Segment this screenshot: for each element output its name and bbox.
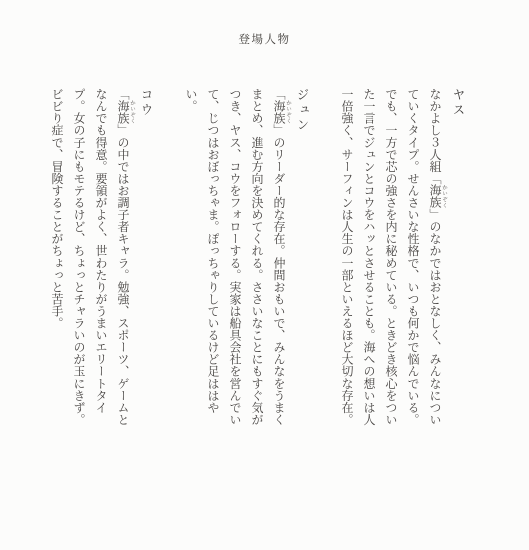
character-description-yasu: なかよし３人組「海族かいぞく」のなかではおとなしく、みんなについていくタイプ。せ… bbox=[336, 88, 447, 426]
character-name-kou: コウ bbox=[135, 88, 157, 426]
page-title: 登場人物 bbox=[0, 31, 529, 47]
character-description-kou: 「海族かいぞく」の中ではお調子者キャラ。勉強、スポーツ、ゲームとなんでも得意。要… bbox=[46, 88, 135, 426]
character-description-jun: 「海族かいぞく」のリーダー的な存在。仲間おもいで、みんなをうまくまとめ、進む方向… bbox=[180, 88, 291, 426]
character-section-kou: コウ 「海族かいぞく」の中ではお調子者キャラ。勉強、スポーツ、ゲームとなんでも得… bbox=[46, 88, 157, 426]
character-section-jun: ジュン 「海族かいぞく」のリーダー的な存在。仲間おもいで、みんなをうまくまとめ、… bbox=[180, 88, 313, 426]
character-name-yasu: ヤス bbox=[447, 88, 469, 426]
character-section-yasu: ヤス なかよし３人組「海族かいぞく」のなかではおとなしく、みんなについていくタイ… bbox=[336, 88, 469, 426]
characters-content: ヤス なかよし３人組「海族かいぞく」のなかではおとなしく、みんなについていくタイ… bbox=[46, 88, 469, 426]
book-page: 登場人物 ヤス なかよし３人組「海族かいぞく」のなかではおとなしく、みんなについ… bbox=[0, 0, 529, 550]
character-name-jun: ジュン bbox=[291, 88, 313, 426]
